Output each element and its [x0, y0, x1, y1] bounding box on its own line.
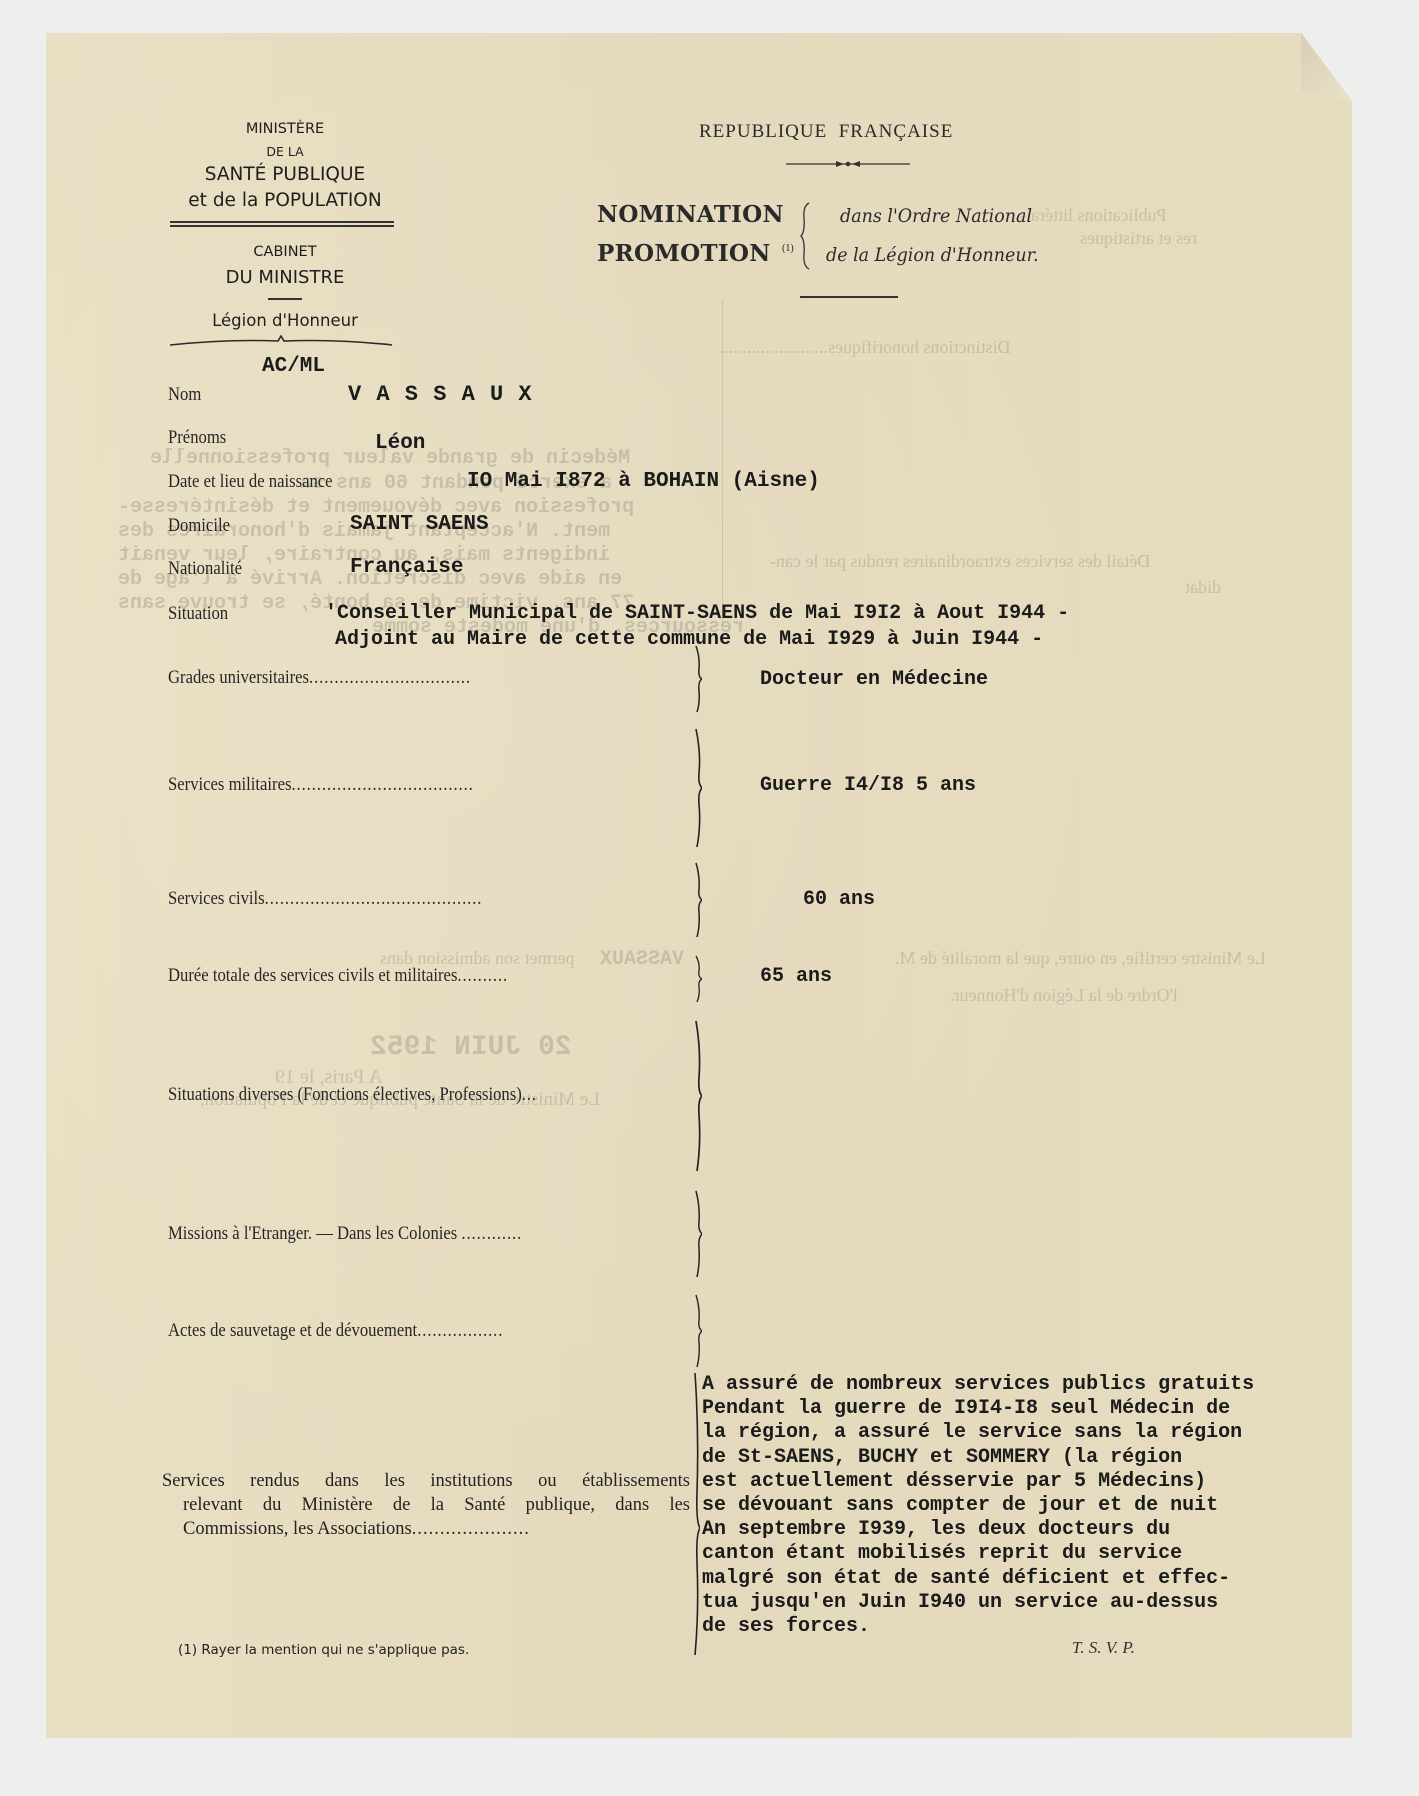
republique-francaise-title: REPUBLIQUE FRANÇAISE — [699, 121, 953, 143]
missions-label: Missions à l'Etranger. — Dans les Coloni… — [168, 1224, 522, 1245]
typed-line: de St-SAENS, BUCHY et SOMMERY (la région — [702, 1446, 1254, 1470]
typed-line: est actuellement désservie par 5 Médecin… — [702, 1470, 1254, 1494]
services-rendus-label-1: Services rendus dans les institutions ou… — [162, 1471, 690, 1492]
brace-services-rendus — [690, 1372, 700, 1656]
brace-grades — [692, 645, 702, 713]
typed-line: de ses forces. — [702, 1615, 1254, 1639]
sante-publique-label: SANTÉ PUBLIQUE — [160, 164, 410, 185]
bleed-detail-1: Détail des services extraordinaires rend… — [770, 551, 1150, 572]
du-ministre-label: DU MINISTRE — [160, 267, 410, 288]
nationalite-value: Française — [350, 556, 463, 579]
short-rule — [268, 298, 302, 300]
reference-code: AC/ML — [262, 355, 325, 378]
nom-label: Nom — [168, 385, 201, 406]
ornament-divider — [786, 159, 910, 169]
militaires-value: Guerre I4/I8 5 ans — [760, 774, 976, 797]
typed-line: malgré son état de santé déficient et ef… — [702, 1567, 1254, 1591]
ordre-national-line: dans l'Ordre National — [840, 205, 1032, 227]
bleed-vertical-rule — [722, 300, 723, 630]
bleed-stamp-date: 20 JUIN 1952 — [370, 1032, 572, 1063]
tsvp-note: T. S. V. P. — [1072, 1638, 1135, 1658]
typed-line: se dévouant sans compter de jour et de n… — [702, 1494, 1254, 1518]
bleed-publications-2: res et artistiques — [1080, 228, 1197, 249]
brace-militaires — [692, 728, 702, 848]
bleed-certifie-name: VASSAUX — [600, 948, 684, 971]
brace-actes — [692, 1294, 702, 1368]
situations-diverses-label: Situations diverses (Fonctions électives… — [168, 1085, 537, 1106]
civils-value: 60 ans — [803, 888, 875, 911]
services-rendus-label-2: relevant du Ministère de la Santé publiq… — [183, 1495, 690, 1516]
actes-label: Actes de sauvetage et de dévouement.....… — [168, 1321, 503, 1342]
civils-label: Services civils.........................… — [168, 889, 482, 910]
grades-label: Grades universitaires...................… — [168, 668, 471, 689]
bleed-certifie-2: l'Ordre de la Légion d'Honneur. — [950, 985, 1178, 1006]
promotion-title: PROMOTION — [597, 240, 771, 267]
brace-civils — [692, 862, 702, 938]
header-brace — [800, 202, 812, 270]
typed-line: An septembre I939, les deux docteurs du — [702, 1518, 1254, 1542]
prenoms-label: Prénoms — [168, 428, 226, 449]
typed-line: Pendant la guerre de I9I4-I8 seul Médeci… — [702, 1397, 1254, 1421]
double-rule-bottom — [170, 225, 394, 227]
bleed-distinctions: Distinctions honorifiques...............… — [720, 337, 1011, 358]
typed-line: tua jusqu'en Juin I940 un service au-des… — [702, 1591, 1254, 1615]
naissance-value: IO Mai I872 à BOHAIN (Aisne) — [467, 470, 820, 493]
domicile-value: SAINT SAENS — [350, 513, 489, 536]
brace-missions — [692, 1190, 702, 1278]
population-label: et de la POPULATION — [160, 190, 410, 211]
situation-label: Situation — [168, 604, 228, 625]
grades-value: Docteur en Médecine — [760, 668, 988, 691]
legion-honneur-label: Légion d'Honneur — [160, 311, 410, 330]
typed-line: canton étant mobilisés reprit du service — [702, 1542, 1254, 1566]
brace-duree — [692, 955, 702, 1003]
naissance-label: Date et lieu de naissance — [168, 472, 333, 493]
typed-line: A assuré de nombreux services publics gr… — [702, 1373, 1254, 1397]
services-rendus-label-3: Commissions, les Associations...........… — [183, 1519, 530, 1540]
bleed-detail-2: didat — [1185, 577, 1221, 598]
nationalite-label: Nationalité — [168, 559, 242, 580]
duree-label: Durée totale des services civils et mili… — [168, 966, 508, 987]
header-rule — [800, 296, 898, 298]
prenoms-value: Léon — [375, 432, 425, 455]
ornamental-swash — [168, 335, 394, 349]
cabinet-label: CABINET — [160, 244, 410, 260]
brace-situations-diverses — [692, 1020, 702, 1172]
nomination-title: NOMINATION — [597, 201, 784, 228]
double-rule-top — [170, 221, 394, 223]
footnote-marker: (1) — [782, 243, 794, 254]
de-la-label: DE LA — [160, 144, 410, 159]
situation-line-2: Adjoint au Maire de cette commune de Mai… — [335, 628, 1043, 651]
nom-value: V A S S A U X — [348, 382, 533, 407]
legion-honneur-line: de la Légion d'Honneur. — [826, 244, 1039, 266]
bleed-certifie-1: Le Ministre certifie, en outre, que la m… — [895, 948, 1266, 969]
bleed-publications-1: Publications littérai- — [1020, 205, 1166, 226]
militaires-label: Services militaires.....................… — [168, 775, 474, 796]
typed-line: la région, a assuré le service sans la r… — [702, 1421, 1254, 1445]
services-rendus-value: A assuré de nombreux services publics gr… — [702, 1373, 1254, 1639]
duree-value: 65 ans — [760, 965, 832, 988]
domicile-label: Domicile — [168, 516, 230, 537]
folded-corner — [1301, 33, 1352, 101]
ministere-label: MINISTÈRE — [160, 121, 410, 137]
footnote: (1) Rayer la mention qui ne s'applique p… — [178, 1642, 469, 1658]
situation-line-1: 'Conseiller Municipal de SAINT-SAENS de … — [325, 602, 1069, 625]
